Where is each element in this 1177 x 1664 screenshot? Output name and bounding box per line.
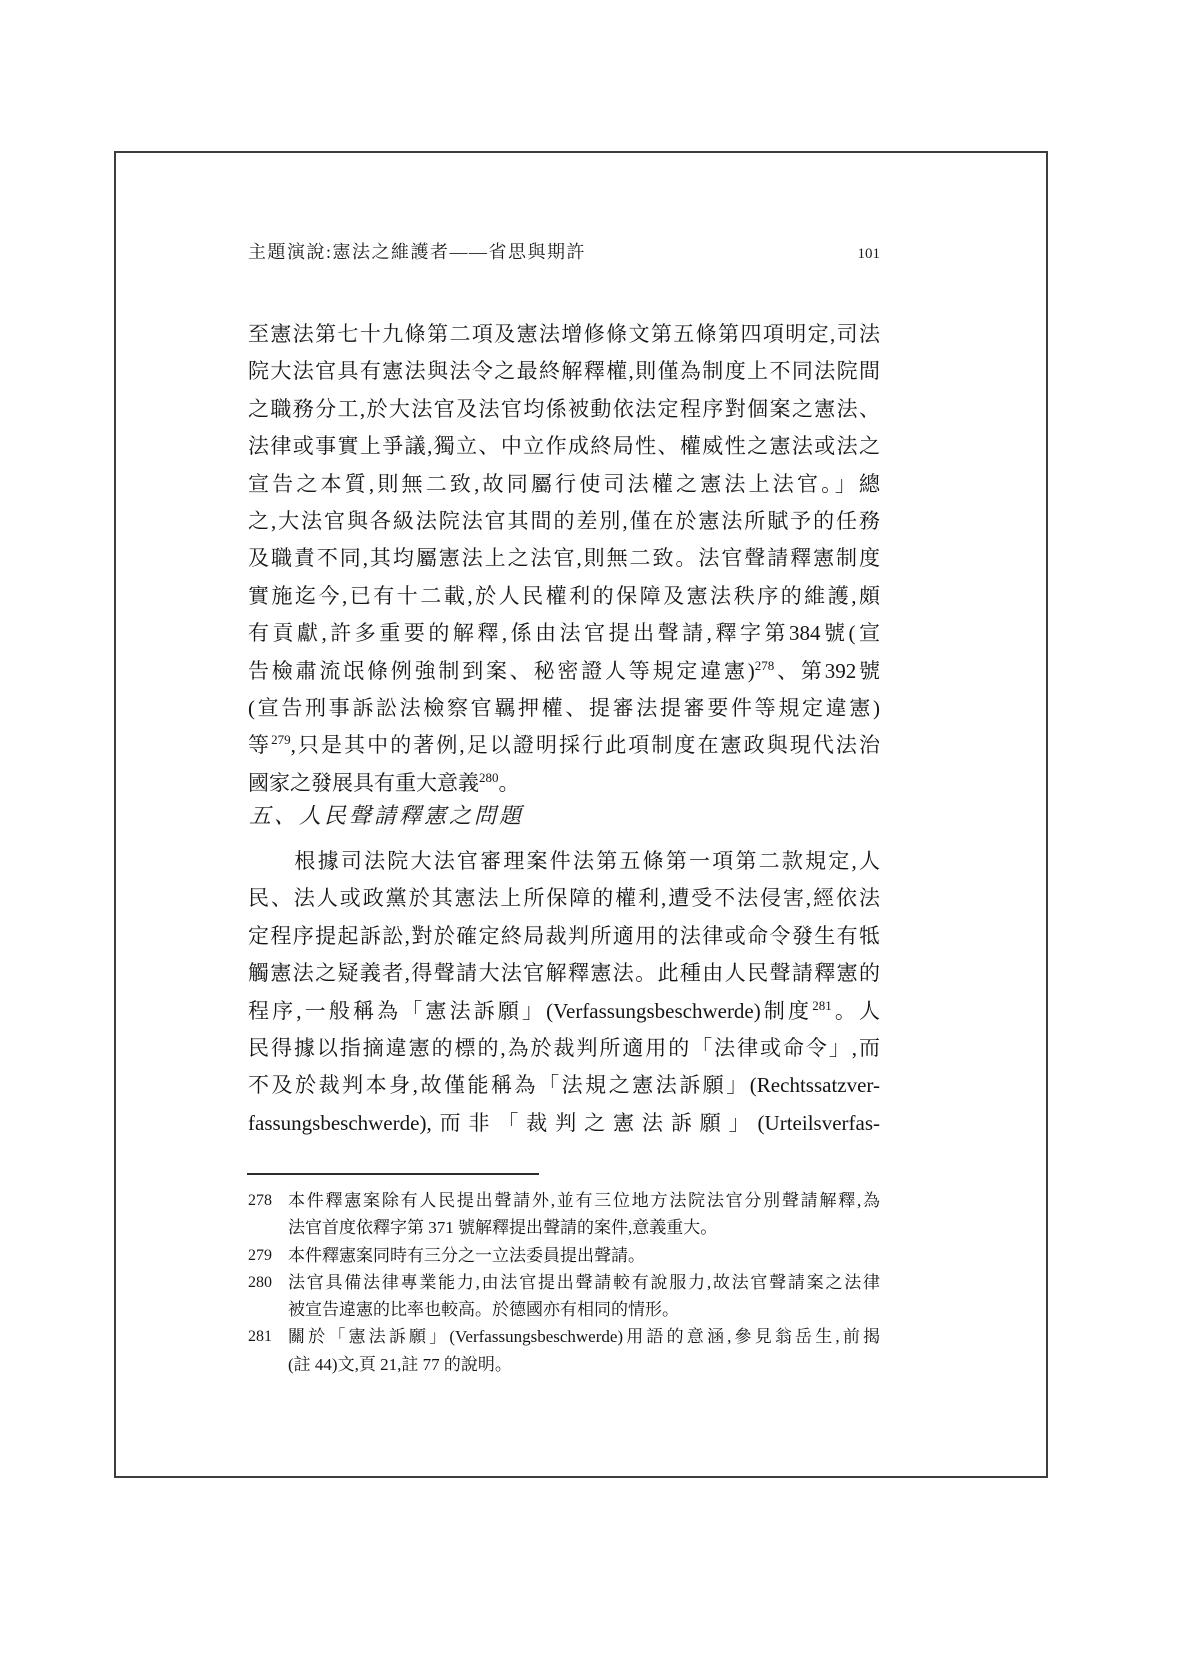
text-line: 民得據以指摘違憲的標的,為於裁判所適用的「法律或命令」,而 <box>248 1030 880 1067</box>
footnotes: 278 本件釋憲案除有人民提出聲請外,並有三位地方法院法官分別聲請解釋,為法官首… <box>248 1187 880 1378</box>
text-line: 法律或事實上爭議,獨立、中立作成終局性、權威性之憲法或法之 <box>248 428 880 465</box>
text-line: 定程序提起訴訟,對於確定終局裁判所適用的法律或命令發生有牴 <box>248 918 880 955</box>
footnote-ref: 281 <box>812 998 832 1013</box>
footnote-text: 關於「憲法訴願」(Verfassungsbeschwerde)用語的意涵,參見翁… <box>288 1323 880 1378</box>
text-line: 法官首度依釋字第 371 號解釋提出聲請的案件,意義重大。 <box>288 1214 880 1241</box>
text-line: (宣告刑事訴訟法檢察官羈押權、提審法提審要件等規定違憲) <box>248 690 880 727</box>
footnote-number: 279 <box>248 1242 288 1269</box>
text-line: 宣告之本質,則無二致,故同屬行使司法權之憲法上法官。」總 <box>248 466 880 503</box>
text-line: 不及於裁判本身,故僅能稱為「法規之憲法訴願」(Rechtssatzver- <box>248 1067 880 1104</box>
page-number: 101 <box>858 246 881 263</box>
document-page: 主題演說:憲法之維護者——省思與期許 101 至憲法第七十九條第二項及憲法增修條… <box>0 0 1177 1664</box>
footnote-number: 281 <box>248 1323 288 1350</box>
text-line: 本件釋憲案除有人民提出聲請外,並有三位地方法院法官分別聲請解釋,為 <box>288 1187 880 1214</box>
text-line: 等279,只是其中的著例,足以證明採行此項制度在憲政與現代法治 <box>248 727 880 764</box>
footnote-ref: 279 <box>271 732 291 747</box>
section-heading: 五、人民聲請釋憲之問題 <box>249 799 524 830</box>
body-paragraph-1: 至憲法第七十九條第二項及憲法增修條文第五條第四項明定,司法院大法官具有憲法與法令… <box>248 316 880 802</box>
text-line: 法官具備法律專業能力,由法官提出聲請較有說服力,故法官聲請案之法律 <box>288 1269 880 1296</box>
text-line: 實施迄今,已有十二載,於人民權利的保障及憲法秩序的維護,頗 <box>248 578 880 615</box>
text-line: 民、法人或政黨於其憲法上所保障的權利,遭受不法侵害,經依法 <box>248 880 880 917</box>
text-line: 本件釋憲案同時有三分之一立法委員提出聲請。 <box>288 1242 880 1269</box>
text-line: 關於「憲法訴願」(Verfassungsbeschwerde)用語的意涵,參見翁… <box>288 1323 880 1350</box>
text-line: 觸憲法之疑義者,得聲請大法官解釋憲法。此種由人民聲請釋憲的 <box>248 955 880 992</box>
text-line: (註 44)文,頁 21,註 77 的說明。 <box>288 1351 880 1378</box>
text-line: 之職務分工,於大法官及法官均係被動依法定程序對個案之憲法、 <box>248 391 880 428</box>
text-line: 程序,一般稱為「憲法訴願」(Verfassungsbeschwerde)制度28… <box>248 993 880 1030</box>
footnote: 280 法官具備法律專業能力,由法官提出聲請較有說服力,故法官聲請案之法律被宣告… <box>248 1269 880 1324</box>
text-line: fassungsbeschwerde),而非「裁判之憲法訴願」(Urteilsv… <box>248 1105 880 1142</box>
text-line: 之,大法官與各級法院法官其間的差別,僅在於憲法所賦予的任務 <box>248 503 880 540</box>
footnote-ref: 280 <box>479 770 499 785</box>
text-line: 國家之發展具有重大意義280。 <box>248 765 880 802</box>
text-line: 至憲法第七十九條第二項及憲法增修條文第五條第四項明定,司法 <box>248 316 880 353</box>
footnote: 278 本件釋憲案除有人民提出聲請外,並有三位地方法院法官分別聲請解釋,為法官首… <box>248 1187 880 1242</box>
text-line: 院大法官具有憲法與法令之最終解釋權,則僅為制度上不同法院間 <box>248 353 880 390</box>
footnote-separator <box>247 1173 539 1175</box>
footnote-number: 278 <box>248 1187 288 1214</box>
running-title: 主題演說:憲法之維護者——省思與期許 <box>248 238 586 264</box>
footnote-ref: 278 <box>755 658 775 673</box>
body-paragraph-2: 根據司法院大法官審理案件法第五條第一項第二款規定,人民、法人或政黨於其憲法上所保… <box>248 843 880 1142</box>
page-header: 主題演說:憲法之維護者——省思與期許 101 <box>248 238 880 264</box>
footnote: 281 關於「憲法訴願」(Verfassungsbeschwerde)用語的意涵… <box>248 1323 880 1378</box>
text-line: 根據司法院大法官審理案件法第五條第一項第二款規定,人 <box>248 843 880 880</box>
footnote-text: 本件釋憲案同時有三分之一立法委員提出聲請。 <box>288 1242 880 1269</box>
text-line: 及職責不同,其均屬憲法上之法官,則無二致。法官聲請釋憲制度 <box>248 540 880 577</box>
text-line: 被宣告違憲的比率也較高。於德國亦有相同的情形。 <box>288 1296 880 1323</box>
footnote: 279 本件釋憲案同時有三分之一立法委員提出聲請。 <box>248 1242 880 1269</box>
footnote-text: 本件釋憲案除有人民提出聲請外,並有三位地方法院法官分別聲請解釋,為法官首度依釋字… <box>288 1187 880 1242</box>
text-line: 告檢肅流氓條例強制到案、秘密證人等規定違憲)278、第392號 <box>248 653 880 690</box>
footnote-text: 法官具備法律專業能力,由法官提出聲請較有說服力,故法官聲請案之法律被宣告違憲的比… <box>288 1269 880 1324</box>
footnote-number: 280 <box>248 1269 288 1296</box>
text-line: 有貢獻,許多重要的解釋,係由法官提出聲請,釋字第384號(宣 <box>248 615 880 652</box>
